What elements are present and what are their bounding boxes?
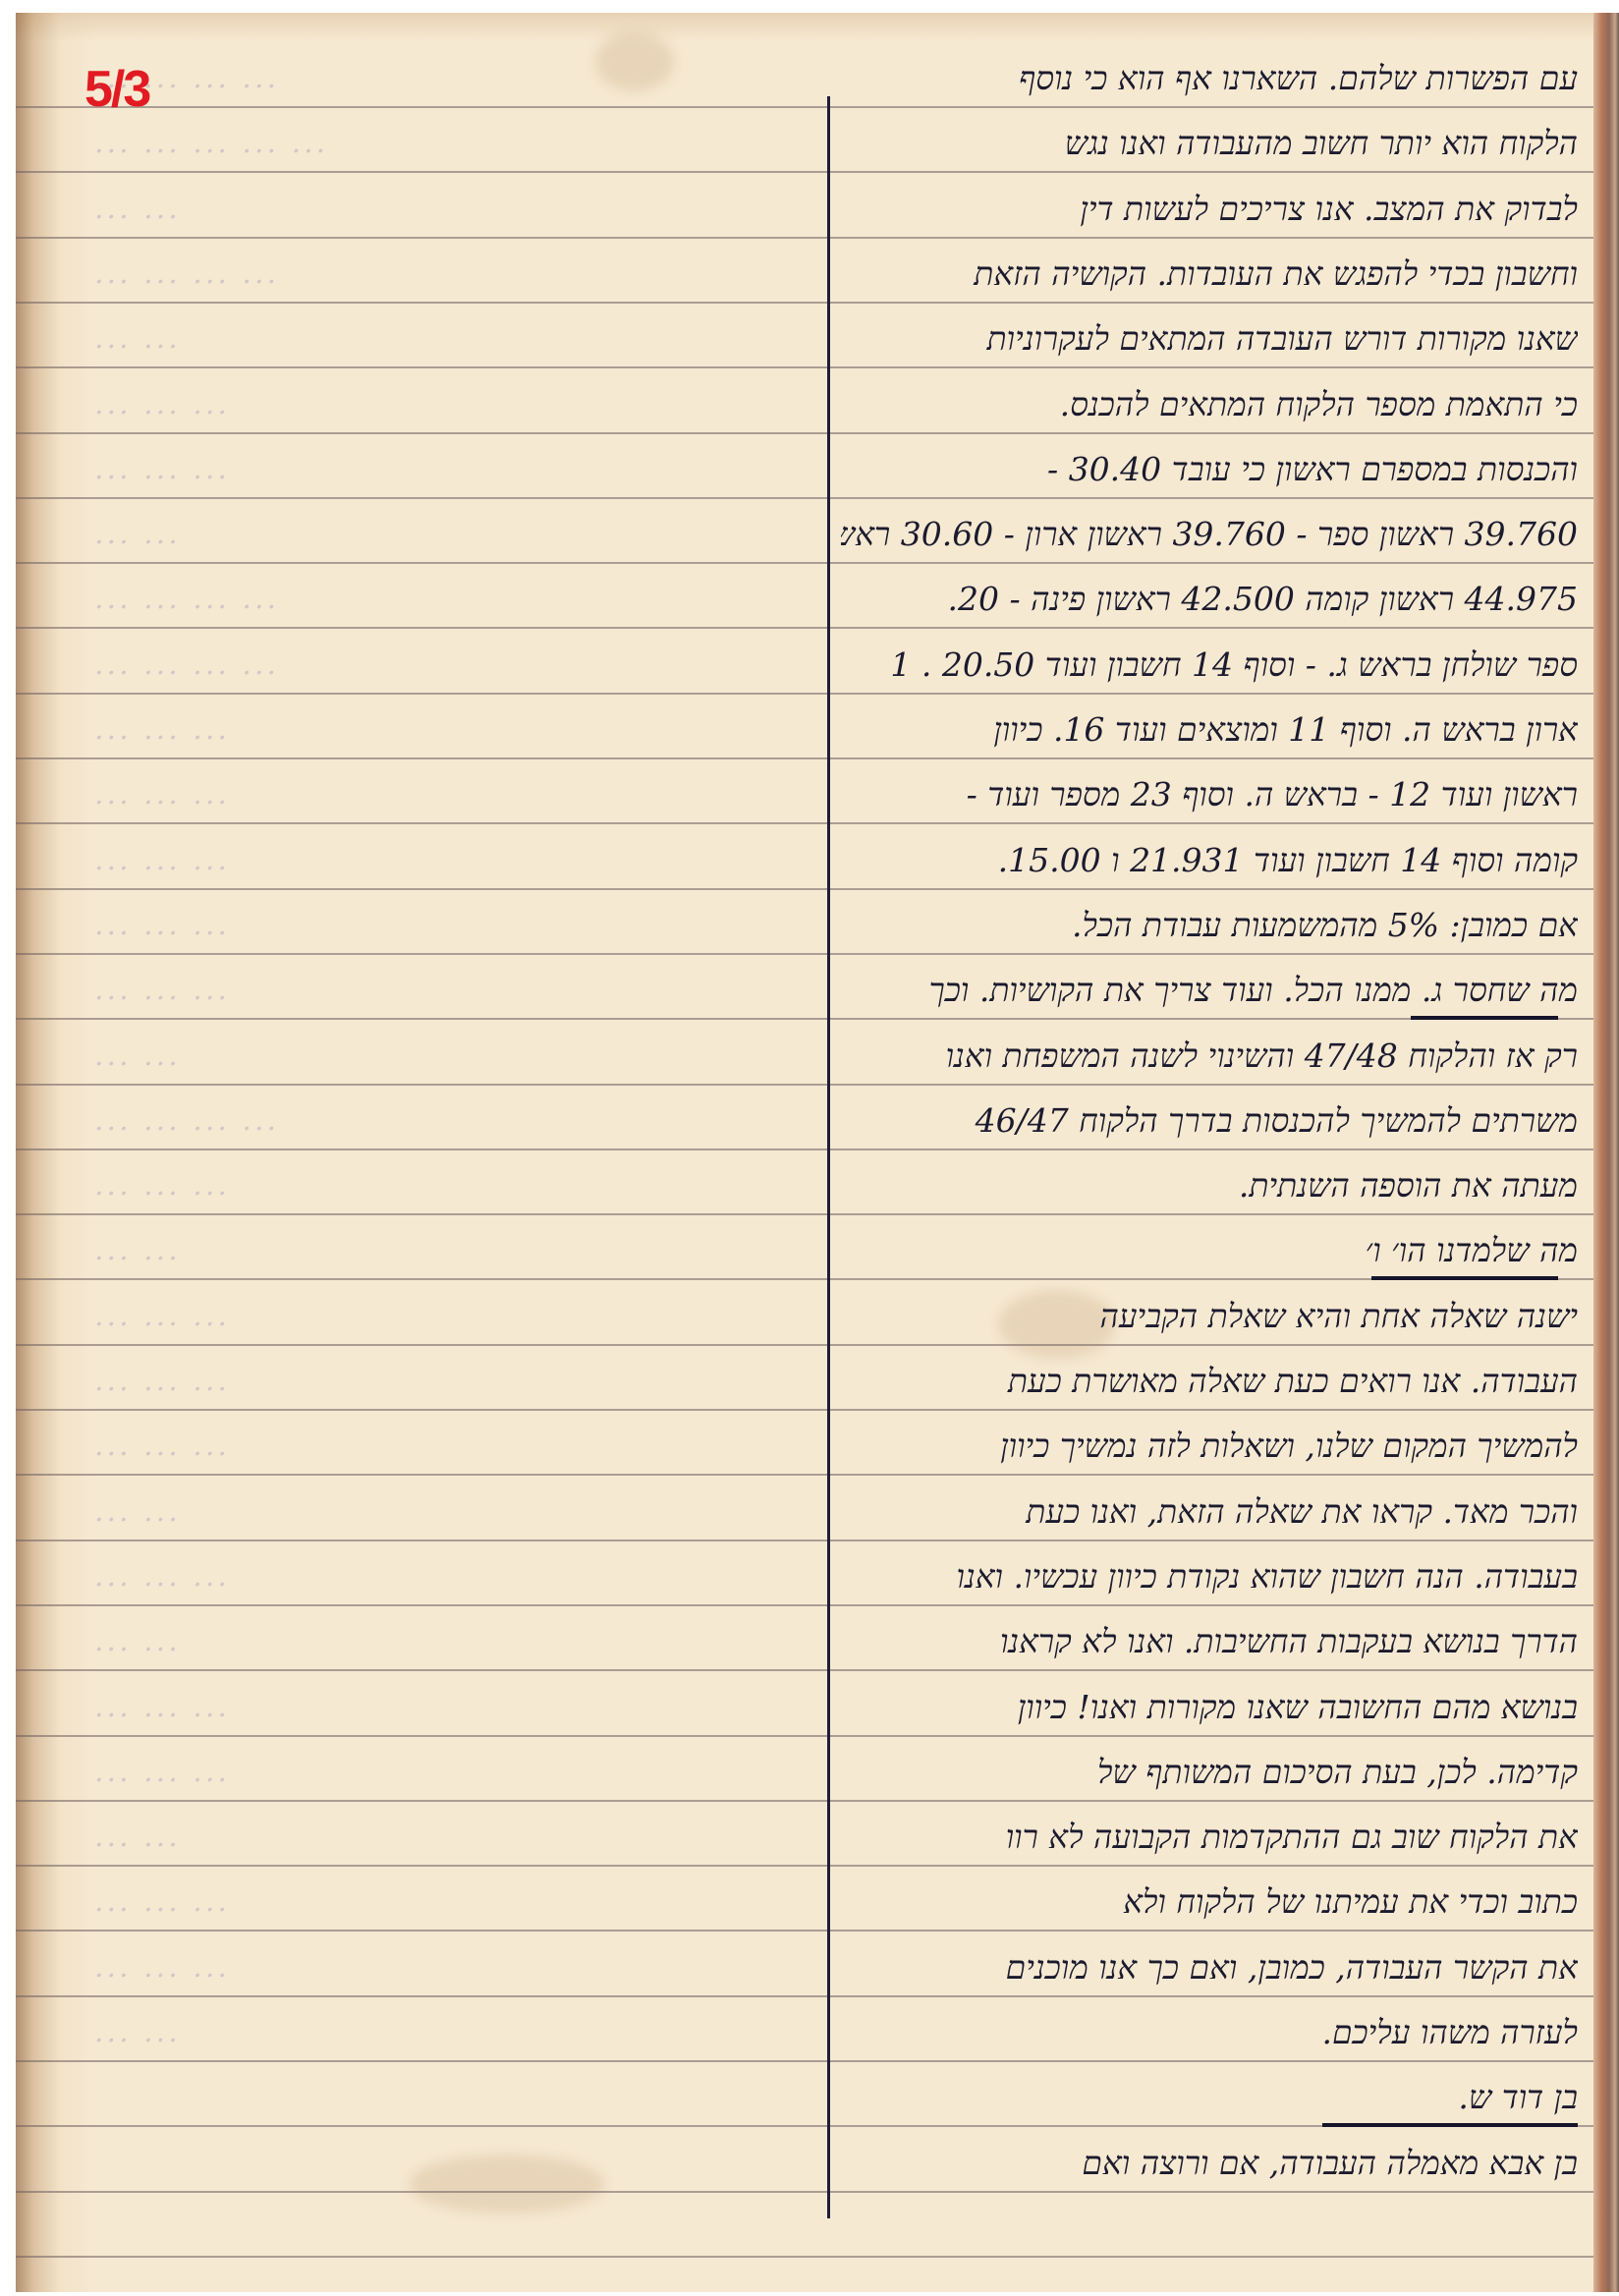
handwritten-line: בן אבא מאמלה העבודה, אם ורוצה ואם xyxy=(841,2134,1578,2193)
bleedthrough-line: ... ... ... xyxy=(94,1678,821,1737)
handwritten-line: ראשון ועוד 12 - בראש ה. וסוף 23 מספר ועו… xyxy=(841,765,1578,824)
handwritten-line: קדימה. לכן, בעת הסיכום המשותף של xyxy=(841,1743,1578,1802)
handwritten-line: כתוב וכדי את עמיתנו של הלקוח ולא xyxy=(841,1873,1578,1932)
handwritten-line: לעזרה משהו עליכם. xyxy=(841,2003,1578,2062)
bleedthrough-line: ... ... ... xyxy=(94,1287,821,1346)
bleedthrough-line: ... ... ... ... ... xyxy=(94,114,821,173)
handwritten-line: משרתים להמשיך להכנסות בדרך הלקוח 46/47 xyxy=(841,1092,1578,1150)
bleedthrough-line: ... ... ... ... xyxy=(94,245,821,304)
handwritten-line: ישנה שאלה אחת והיא שאלת הקביעה xyxy=(841,1287,1578,1346)
bleedthrough-line: ... ... ... xyxy=(94,831,821,890)
handwritten-line: ספר שולחן בראש ג. - וסוף 14 חשבון ועוד 2… xyxy=(841,636,1578,695)
bleedthrough-line: ... ... ... xyxy=(94,896,821,955)
bleedthrough-line: ... ... xyxy=(94,1808,821,1867)
heading-underline xyxy=(1322,2123,1578,2127)
handwritten-line: בן דוד ש. xyxy=(841,2068,1578,2127)
notebook-page: 5/3 ... ... ... ...... ... ... ... .....… xyxy=(16,13,1619,2292)
bleedthrough-line: ... ... xyxy=(94,1483,821,1541)
handwritten-line: את הלקוח שוב גם ההתקדמות הקבועה לא רוו xyxy=(841,1808,1578,1867)
handwritten-line: מעתה את הוספה השנתית. xyxy=(841,1156,1578,1215)
handwritten-line: אם כמובן: 5% מהמשמעות עבודת הכל. xyxy=(841,896,1578,955)
bleedthrough-line: ... ... ... xyxy=(94,440,821,499)
handwritten-line: להמשיך המקום שלנו, ושאלות לזה נמשיך כיוו… xyxy=(841,1417,1578,1476)
bleedthrough-line: ... ... ... ... xyxy=(94,1092,821,1150)
bleedthrough-line: ... ... xyxy=(94,2003,821,2062)
handwritten-line: העבודה. אנו רואים כעת שאלה מאושרת כעת xyxy=(841,1352,1578,1411)
bleedthrough-line: ... ... xyxy=(94,505,821,564)
handwritten-line: לבדוק את המצב. אנו צריכים לעשות דין xyxy=(841,180,1578,239)
bleedthrough-line: ... ... ... ... xyxy=(94,49,821,108)
bleedthrough-line: ... ... ... xyxy=(94,1873,821,1932)
bleedthrough-line: ... ... ... xyxy=(94,1743,821,1802)
vertical-margin-line xyxy=(827,96,830,2218)
bleedthrough-line: ... ... ... xyxy=(94,375,821,434)
handwritten-line: קומה וסוף 14 חשבון ועוד 21.931 ו 15.00. xyxy=(841,831,1578,890)
bleedthrough-line: ... ... xyxy=(94,1221,821,1280)
bleedthrough-line: ... ... ... xyxy=(94,700,821,759)
handwritten-line: והכנסות במספרם ראשון כי עובד 30.40 - xyxy=(841,440,1578,499)
handwritten-line: עם הפשרות שלהם. השארנו אף הוא כי נוסף xyxy=(841,49,1578,108)
bleedthrough-line: ... ... ... xyxy=(94,1938,821,1997)
handwritten-line: רק אז והלקוח 47/48 והשינוי לשנה המשפחת ו… xyxy=(841,1027,1578,1086)
handwritten-line: הלקוח הוא יותר חשוב מהעבודה ואנו נגש xyxy=(841,114,1578,173)
bleedthrough-line: ... ... xyxy=(94,309,821,368)
handwritten-line: את הקשר העבודה, כמובן, ואם כך אנו מוכנים xyxy=(841,1938,1578,1997)
bleedthrough-line: ... ... ... xyxy=(94,765,821,824)
bleedthrough-line: ... ... ... xyxy=(94,1547,821,1606)
bleedthrough-line: ... ... ... ... xyxy=(94,570,821,629)
bleedthrough-line: ... ... xyxy=(94,1612,821,1671)
bleedthrough-line: ... ... xyxy=(94,180,821,239)
handwritten-line: ארון בראש ה. וסוף 11 ומוצאים ועוד 16. כי… xyxy=(841,700,1578,759)
heading-underline xyxy=(1371,1276,1558,1280)
handwritten-line: מה שלמדנו הו׳ ו׳ xyxy=(841,1221,1578,1280)
handwritten-line: שאנו מקורות דורש העובדה המתאים לעקרוניות xyxy=(841,309,1578,368)
bleedthrough-line: ... ... ... xyxy=(94,961,821,1020)
handwritten-line: בנושא מהם החשובה שאנו מקורות ואנו! כיוון xyxy=(841,1678,1578,1737)
handwritten-line: כי התאמת מספר הלקוח המתאים להכנס. xyxy=(841,375,1578,434)
right-page-text: עם הפשרות שלהם. השארנו אף הוא כי נוסףהלק… xyxy=(841,13,1588,2292)
left-page-bleedthrough: ... ... ... ...... ... ... ... ...... ..… xyxy=(94,13,821,2292)
bleedthrough-line: ... ... xyxy=(94,1027,821,1086)
handwritten-line: בעבודה. הנה חשבון שהוא נקודת כיוון עכשיו… xyxy=(841,1547,1578,1606)
bleedthrough-line: ... ... ... ... xyxy=(94,636,821,695)
handwritten-line: וחשבון בכדי להפגש את העובדות. הקושיה הזא… xyxy=(841,245,1578,304)
bleedthrough-line: ... ... ... xyxy=(94,1156,821,1215)
bleedthrough-line: ... ... ... xyxy=(94,1352,821,1411)
bleedthrough-line: ... ... ... xyxy=(94,1417,821,1476)
handwritten-line: מה שחסר ג. ממנו הכל. ועוד צריך את הקושיו… xyxy=(841,961,1578,1020)
heading-underline xyxy=(1411,1016,1558,1020)
handwritten-line: והכר מאד. קראו את שאלה הזאת, ואנו כעת xyxy=(841,1483,1578,1541)
handwritten-line: הדרך בנושא בעקבות החשיבות. ואנו לא קראנו xyxy=(841,1612,1578,1671)
handwritten-line: 44.975 ראשון קומה 42.500 ראשון פינה - 20… xyxy=(841,570,1578,629)
handwritten-line: 39.760 ראשון ספר - 39.760 ראשון ארון - 3… xyxy=(841,505,1578,564)
